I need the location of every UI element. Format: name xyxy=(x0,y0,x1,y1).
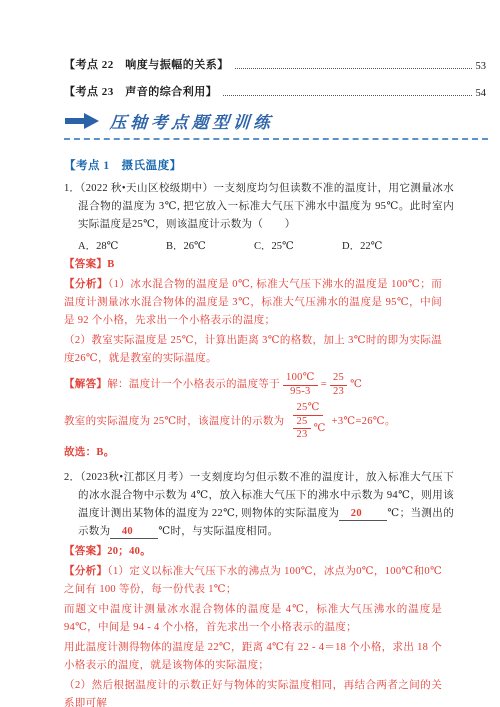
solution-line-2-q1: 教室的实际温度为 25℃时，该温度计的示数为25℃2523℃+3℃=26℃。 xyxy=(64,402,464,442)
analysis-paragraph-2-q2: 而题文中温度计测量冰水混合物体的温度是 4℃，标准大气压沸水的温度是 94℃，中… xyxy=(64,601,442,637)
question-1-number: 1． xyxy=(64,183,80,194)
fraction-denominator: 2523℃ xyxy=(287,416,328,442)
nested-fraction: 25℃2523℃ xyxy=(287,402,328,442)
fraction-numerator: 100℃ xyxy=(283,372,318,386)
dotted-leader xyxy=(235,67,472,69)
unit-celsius: ℃ xyxy=(350,376,362,394)
fraction-100-over-92: 100℃95-3 xyxy=(283,372,318,398)
analysis-text: 用此温度计测得物体的温度是 22℃，距离 4℃有 22 - 4＝18 个小格，求… xyxy=(64,642,442,671)
worksheet-page: 【考点 22 响度与振幅的关系】 53 【考点 23 声音的综合利用】 54 压… xyxy=(0,0,500,707)
toc-entry-label: 【考点 23 声音的综合利用】 xyxy=(64,83,217,99)
section-heading: 【考点 1 摄氏温度】 xyxy=(64,157,486,173)
question-1-stem: 1．（2022 秋•天山区校级期中）一支刻度均匀但读数不准的温度计，用它测量冰水… xyxy=(64,180,454,234)
solution-label: 【解答】 xyxy=(64,376,107,394)
analysis-label: 【分析】 xyxy=(64,566,107,577)
fraction-denominator: 95-3 xyxy=(287,386,313,399)
answer-value: B xyxy=(107,259,114,270)
fraction-denominator: 23 xyxy=(293,429,310,442)
question-2: 2．（2023秋•江都区月考）一支刻度均匀但示数不准的温度计，放入标准大气压下的… xyxy=(64,469,486,707)
analysis-label: 【分析】 xyxy=(64,279,108,290)
fraction-denominator: 23 xyxy=(330,386,347,399)
blank-answer-2: 40 xyxy=(110,526,158,539)
dotted-leader xyxy=(223,94,471,96)
question-2-stem: 2．（2023秋•江都区月考）一支刻度均匀但示数不准的温度计，放入标准大气压下的… xyxy=(64,469,454,541)
question-1: 1．（2022 秋•天山区校级期中）一支刻度均匀但读数不准的温度计，用它测量冰水… xyxy=(64,180,486,462)
answer-line-q1: 【答案】B xyxy=(64,256,442,274)
analysis-paragraph-1-q2: 【分析】（1）定义以标准大气压下水的沸点为 100℃，冰点为0℃，100℃和0℃… xyxy=(64,563,442,599)
analysis-text: （1）冰水混合物的温度是 0℃, 标准大气压下沸水的温度是 100℃；而温度计测… xyxy=(64,279,442,326)
fraction-numerator: 25℃ xyxy=(293,402,322,416)
answer-value: 20；40。 xyxy=(107,546,151,557)
answer-label: 【答案】 xyxy=(64,259,107,270)
right-block-arrow-icon xyxy=(64,111,100,131)
equals-sign: = xyxy=(321,376,327,394)
inner-fraction: 2523 xyxy=(293,416,310,442)
analysis-paragraph-4-q2: （2）然后根据温度计的示数正好与物体的实际温度相同，再结合两者之间的关系即可解 xyxy=(64,677,442,707)
training-banner: 压轴考点题型训练 xyxy=(64,110,488,140)
unit-celsius: ℃ xyxy=(314,423,326,436)
toc-row: 【考点 22 响度与振幅的关系】 53 xyxy=(64,56,486,72)
fraction-25-over-23: 2523 xyxy=(330,372,347,398)
analysis-paragraph-1-q1: 【分析】（1）冰水混合物的温度是 0℃, 标准大气压下沸水的温度是 100℃；而… xyxy=(64,276,442,330)
blank-answer-1: 20 xyxy=(339,508,387,521)
answer-label: 【答案】 xyxy=(64,546,107,557)
option-c: C．25℃ xyxy=(254,238,342,253)
question-2-number: 2． xyxy=(64,472,80,483)
analysis-text: 而题文中温度计测量冰水混合物体的温度是 4℃，标准大气压沸水的温度是 94℃，中… xyxy=(64,604,442,633)
toc-entry-label: 【考点 22 响度与振幅的关系】 xyxy=(64,56,229,72)
solution-intro: 解：温度计一个小格表示的温度等于 xyxy=(107,376,280,394)
option-b: B．26℃ xyxy=(166,238,254,253)
analysis-text: （2）然后根据温度计的示数正好与物体的实际温度相同，再结合两者之间的关系即可解 xyxy=(64,680,442,707)
toc-row: 【考点 23 声音的综合利用】 54 xyxy=(64,83,486,99)
solution-line-1-q1: 【解答】解：温度计一个小格表示的温度等于100℃95-3=2523℃ xyxy=(64,372,464,398)
option-d: D．22℃ xyxy=(342,238,430,253)
solution-text: 教室的实际温度为 25℃时，该温度计的示数为 xyxy=(64,413,284,431)
option-a: A．28℃ xyxy=(78,238,166,253)
conclusion-line-q1: 故选：B。 xyxy=(64,444,442,462)
toc-page-number: 54 xyxy=(476,88,487,99)
analysis-paragraph-2-q1: （2）教室实际温度是 25℃，计算出距离 3℃的格数，加上 3℃时的即为实际温度… xyxy=(64,332,442,368)
fraction-numerator: 25 xyxy=(330,372,347,386)
analysis-text: （2）教室实际温度是 25℃，计算出距离 3℃的格数，加上 3℃时的即为实际温度… xyxy=(64,335,442,364)
solution-result: +3℃=26℃。 xyxy=(332,413,396,431)
question-1-options: A．28℃ B．26℃ C．25℃ D．22℃ xyxy=(64,237,440,254)
analysis-paragraph-3-q2: 用此温度计测得物体的温度是 22℃，距离 4℃有 22 - 4＝18 个小格，求… xyxy=(64,639,442,675)
fraction-numerator: 25 xyxy=(293,416,310,430)
answer-line-q2: 【答案】20；40。 xyxy=(64,543,442,561)
analysis-text: （1）定义以标准大气压下水的沸点为 100℃，冰点为0℃，100℃和0℃之间有 … xyxy=(64,566,442,595)
question-1-text: （2022 秋•天山区校级期中）一支刻度均匀但读数不准的温度计，用它测量冰水混合… xyxy=(78,183,454,230)
question-2-text-part3: ℃时，与实际温度相同。 xyxy=(158,526,278,537)
toc-page-number: 53 xyxy=(476,61,487,72)
banner-title: 压轴考点题型训练 xyxy=(109,109,275,133)
table-of-contents: 【考点 22 响度与振幅的关系】 53 【考点 23 声音的综合利用】 54 xyxy=(64,56,486,99)
